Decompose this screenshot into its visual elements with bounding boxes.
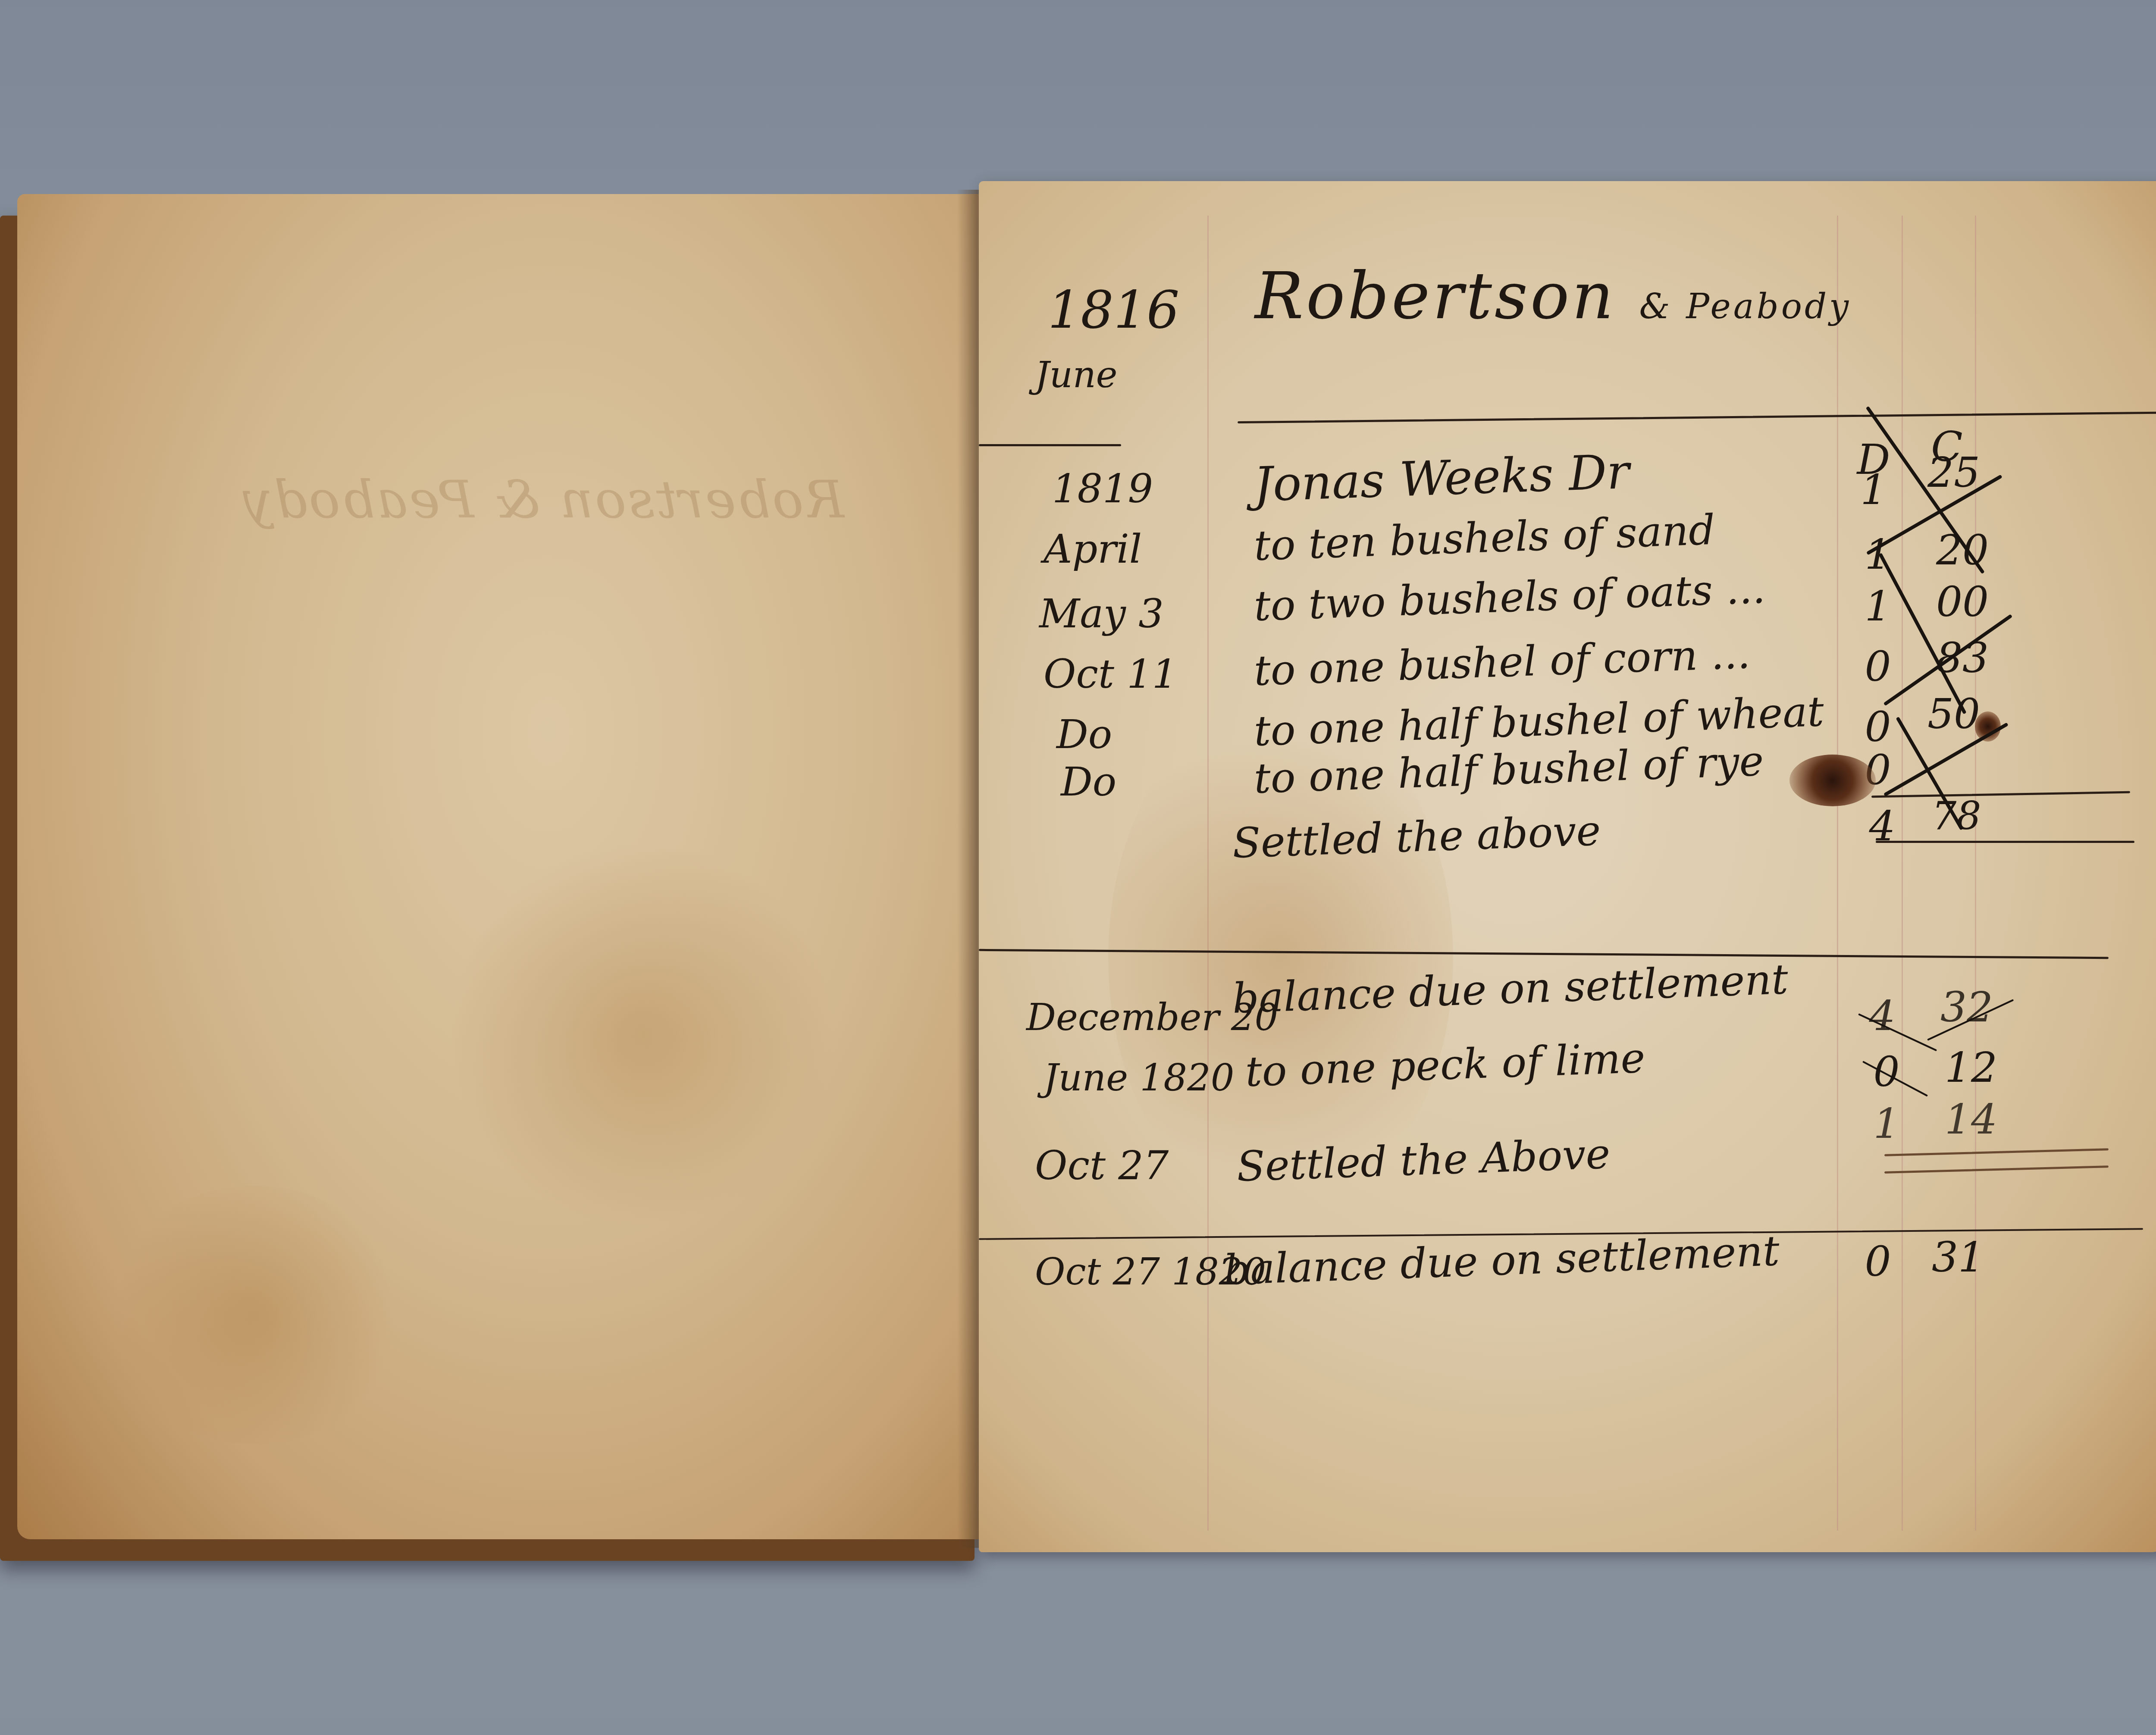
entry-cents: 20: [1936, 526, 1984, 574]
entry-date: May 3: [1039, 591, 1164, 637]
right-page: 1816 June Robertson & Peabody D C 1819 J…: [979, 181, 2156, 1552]
entry-dollars: 1: [1850, 466, 1897, 514]
sum-line: [1884, 1148, 2109, 1156]
entry-cents: 50: [1927, 690, 1975, 738]
sum-line: [1871, 791, 2130, 798]
double-sum-line: [1876, 841, 2134, 843]
entry-date: Do: [1056, 711, 1112, 758]
column-rule: [1902, 216, 1903, 1531]
entry-description: to two bushels of oats ...: [1253, 564, 1766, 630]
entry-description: to one bushel of corn ...: [1253, 629, 1751, 695]
column-rule: [1837, 216, 1838, 1531]
total-dollars: 4: [1858, 802, 1906, 850]
entry-cents: 12: [1945, 1043, 1992, 1092]
water-stain: [448, 841, 837, 1229]
entry-cents: 00: [1936, 578, 1984, 626]
entry-date: April: [1044, 526, 1142, 572]
entry-date: Do: [1061, 759, 1116, 805]
header-month: June: [1035, 354, 1118, 396]
ink-blot: [1789, 755, 1876, 806]
entry-description: to ten bushels of sand: [1253, 506, 1716, 570]
entry-dollars: 0: [1863, 1048, 1910, 1096]
left-page: Robertson & Peabody: [17, 194, 983, 1539]
entry-cents: 32: [1940, 983, 1988, 1031]
column-rule: [1975, 216, 1976, 1531]
entry-dollars: 1: [1854, 582, 1902, 630]
title-suffix: & Peabody: [1639, 286, 1852, 326]
entry-date: 1819: [1052, 466, 1153, 512]
entry-dollars: 0: [1854, 1237, 1902, 1286]
header-underline: [1238, 411, 2156, 423]
total-cents: 14: [1945, 1095, 1992, 1143]
date-underline: [979, 444, 1121, 446]
entry-dollars: 0: [1854, 642, 1902, 691]
account-name: Jonas Weeks Dr: [1253, 444, 1630, 512]
entry-cents: 31: [1932, 1233, 1979, 1281]
total-dollars: 1: [1863, 1099, 1910, 1148]
water-stain: [103, 1186, 405, 1444]
ledger-title: Robertson & Peabody: [1255, 259, 1851, 334]
entry-date: June 1820: [1044, 1056, 1234, 1099]
settled-date: Oct 27: [1035, 1143, 1169, 1189]
entry-dollars: 0: [1854, 703, 1902, 751]
entry-cents: 25: [1927, 448, 1975, 497]
bleed-through-text: Robertson & Peabody: [241, 470, 844, 530]
double-sum-line: [1884, 1165, 2109, 1174]
entry-date: Oct 11: [1044, 651, 1177, 697]
title-name: Robertson: [1255, 259, 1616, 334]
header-year: 1816: [1048, 280, 1179, 340]
